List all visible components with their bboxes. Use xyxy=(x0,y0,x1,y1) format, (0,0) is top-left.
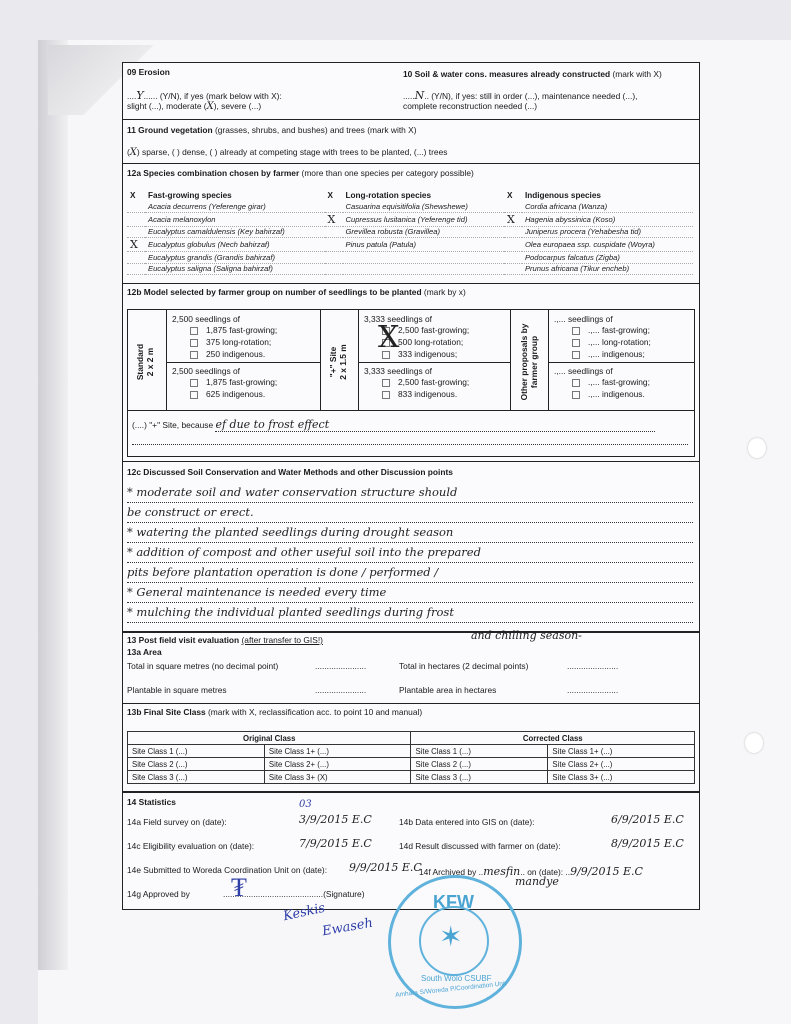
species-column-header: Indigenous species xyxy=(522,190,693,201)
model-title: 12b Model selected by farmer group on nu… xyxy=(127,287,466,297)
divider xyxy=(123,791,699,793)
species-table: XFast-growing speciesXLong-rotation spec… xyxy=(127,190,693,275)
site-class-option[interactable]: Site Class 3+ (...) xyxy=(548,771,695,784)
plantable-sqm-field[interactable]: ...................... xyxy=(315,685,366,695)
discussion-line: * General maintenance is needed every ti… xyxy=(127,583,693,603)
seedling-line: .,... indigenous; xyxy=(588,349,645,359)
standard-option-a[interactable]: 2,500 seedlings of1,875 fast-growing;375… xyxy=(172,314,277,360)
species-name: Prunus africana (Tikur encheb) xyxy=(522,263,693,275)
erosion-line2: slight (...), moderate (X), severe (...) xyxy=(127,101,261,112)
moderate-mark[interactable]: X xyxy=(207,101,214,112)
seedling-line: 1,875 fast-growing; xyxy=(206,325,277,335)
site-class-option[interactable]: Site Class 1 (...) xyxy=(128,745,265,758)
original-class-header: Original Class xyxy=(128,732,411,745)
woreda-submitted-label: 14e Submitted to Woreda Coordination Uni… xyxy=(127,865,327,875)
species-mark-cell[interactable] xyxy=(325,238,343,252)
divider xyxy=(123,163,699,164)
discussion-notes[interactable]: * moderate soil and water conservation s… xyxy=(127,483,693,623)
checkbox[interactable] xyxy=(572,339,580,347)
divider xyxy=(123,283,699,284)
approved-by-label: 14g Approved by xyxy=(127,889,190,899)
plantable-sqm-label: Plantable in square metres xyxy=(127,685,227,695)
species-row: XEucalyptus globulus (Nech bahirzaf)Pinu… xyxy=(127,238,693,252)
species-name xyxy=(343,263,504,275)
page-shadow xyxy=(38,40,68,970)
archived-date[interactable]: 9/9/2015 E.C xyxy=(570,865,643,878)
species-name: Pinus patula (Patula) xyxy=(343,238,504,252)
seedling-line: 833 indigenous. xyxy=(398,389,457,399)
species-name: Cupressus lusitanica (Yeferenge tid) xyxy=(343,212,504,226)
soil-water-title: 10 Soil & water cons. measures already c… xyxy=(403,69,662,79)
site-class-option[interactable]: Site Class 2+ (...) xyxy=(548,758,695,771)
site-class-option[interactable]: Site Class 2+ (...) xyxy=(264,758,411,771)
plus-option-mark: X xyxy=(378,320,399,355)
soil-water-line2: complete reconstruction needed (...) xyxy=(403,101,537,111)
plus-site-label: "+" Site2 x 1.5 m xyxy=(328,327,348,397)
species-mark-cell[interactable] xyxy=(504,252,522,264)
species-name: Casuarina equisitifolia (Shewshewe) xyxy=(343,201,504,212)
species-name: Eucalyptus camaldulensis (Key bahirzaf) xyxy=(145,226,325,238)
checkbox[interactable] xyxy=(190,351,198,359)
checkbox[interactable] xyxy=(382,379,390,387)
site-assessment-form: 09 Erosion ....Y...... (Y/N), if yes (ma… xyxy=(122,62,700,910)
checkbox[interactable] xyxy=(190,379,198,387)
species-x-header: X xyxy=(325,190,343,201)
seedling-line: 250 indigenous. xyxy=(206,349,265,359)
species-name: Olea europaea ssp. cuspidate (Woyra) xyxy=(522,238,693,252)
seedling-line: .,... long-rotation; xyxy=(588,337,651,347)
statistics-title: 14 Statistics xyxy=(127,797,176,807)
species-mark-cell[interactable] xyxy=(504,238,522,252)
species-row: Eucalyptus camaldulensis (Key bahirzaf)G… xyxy=(127,226,693,238)
woreda-submitted-date[interactable]: 9/9/2015 E.C xyxy=(349,861,422,874)
seedling-line: 625 indigenous. xyxy=(206,389,265,399)
punch-hole xyxy=(748,438,766,458)
eligibility-date[interactable]: 7/9/2015 E.C xyxy=(299,837,372,850)
divider xyxy=(123,631,699,633)
discussion-line: * addition of compost and other useful s… xyxy=(127,543,693,563)
species-name: Acacia decurrens (Yeferenge girar) xyxy=(145,201,325,212)
checkbox[interactable] xyxy=(572,379,580,387)
seedling-line: 1,875 fast-growing; xyxy=(206,377,277,387)
species-name: Eucalyptus globulus (Nech bahirzaf) xyxy=(145,238,325,252)
species-mark-cell[interactable]: X xyxy=(325,212,343,226)
plus-option-b[interactable]: 3,333 seedlings of2,500 fast-growing;833… xyxy=(364,366,469,400)
site-class-table: Original Class Corrected Class Site Clas… xyxy=(127,731,695,784)
vegetation-line: (X) sparse, ( ) dense, ( ) already at co… xyxy=(127,147,447,158)
species-mark-cell[interactable] xyxy=(127,212,145,226)
species-name: Grevillea robusta (Gravillea) xyxy=(343,226,504,238)
eligibility-label: 14c Eligibility evaluation on (date): xyxy=(127,841,254,851)
species-name: Cordia africana (Wanza) xyxy=(522,201,693,212)
species-column-header: Fast-growing species xyxy=(145,190,325,201)
seedling-line: 2,500 fast-growing; xyxy=(398,377,469,387)
farmer-discussed-date[interactable]: 8/9/2015 E.C xyxy=(611,837,684,850)
other-option-a[interactable]: .,... seedlings of.,... fast-growing;.,.… xyxy=(554,314,651,360)
erosion-title: 09 Erosion xyxy=(127,67,170,77)
site-class-option[interactable]: Site Class 1+ (...) xyxy=(548,745,695,758)
seedling-line: .,... fast-growing; xyxy=(588,325,650,335)
gis-entry-date[interactable]: 6/9/2015 E.C xyxy=(611,813,684,826)
species-name xyxy=(343,252,504,264)
standard-label: Standard2 x 2 m xyxy=(135,327,155,397)
seedling-line: .,... fast-growing; xyxy=(588,377,650,387)
seedling-line: 2,500 fast-growing; xyxy=(398,325,469,335)
checkbox[interactable] xyxy=(572,327,580,335)
discussion-line: * mulching the individual planted seedli… xyxy=(127,603,693,623)
species-mark-cell[interactable]: X xyxy=(504,212,522,226)
site-class-option[interactable]: Site Class 3 (...) xyxy=(128,771,265,784)
divider xyxy=(123,119,699,120)
species-x-header: X xyxy=(504,190,522,201)
species-name: Eucalyptus grandis (Grandis bahirzaf) xyxy=(145,252,325,264)
species-name: Eucalyptus saligna (Saligna bahirzaf) xyxy=(145,263,325,275)
plantable-ha-label: Plantable area in hectares xyxy=(399,685,496,695)
discussion-line: be construct or erect. xyxy=(127,503,693,523)
reason-field[interactable]: ef due to frost effect xyxy=(215,418,655,432)
total-ha-field[interactable]: ...................... xyxy=(567,661,618,671)
species-mark-cell[interactable] xyxy=(325,263,343,275)
seedling-line: 500 long-rotation; xyxy=(398,337,463,347)
other-proposals-label: Other proposals byfarmer group xyxy=(519,322,539,402)
seedling-line: 375 long-rotation; xyxy=(206,337,271,347)
plus-site-reason: (....) "+" Site, because ef due to frost… xyxy=(132,418,655,432)
species-title: 12a Species combination chosen by farmer… xyxy=(127,168,474,178)
species-name: Juniperus procera (Yehabesha tid) xyxy=(522,226,693,238)
field-survey-label: 14a Field survey on (date): xyxy=(127,817,227,827)
discussion-title: 12c Discussed Soil Conservation and Wate… xyxy=(127,467,453,477)
discussion-line: * moderate soil and water conservation s… xyxy=(127,483,693,503)
total-ha-label: Total in hectares (2 decimal points) xyxy=(399,661,528,671)
species-mark-cell[interactable] xyxy=(325,201,343,212)
species-mark-cell[interactable] xyxy=(127,226,145,238)
site-class-option[interactable]: Site Class 2 (...) xyxy=(128,758,265,771)
species-row: Eucalyptus grandis (Grandis bahirzaf)Pod… xyxy=(127,252,693,264)
site-class-option[interactable]: Site Class 3 (...) xyxy=(411,771,548,784)
species-row: Acacia decurrens (Yeferenge girar)Casuar… xyxy=(127,201,693,212)
species-mark-cell[interactable] xyxy=(325,226,343,238)
seedling-total: .,... seedlings of xyxy=(554,314,651,324)
species-mark-cell[interactable] xyxy=(127,201,145,212)
site-class-option[interactable]: Site Class 1+ (...) xyxy=(264,745,411,758)
site-class-row: Site Class 1 (...)Site Class 1+ (...)Sit… xyxy=(128,745,695,758)
farmer-discussed-label: 14d Result discussed with farmer on (dat… xyxy=(399,841,561,851)
species-row: Acacia melanoxylonXCupressus lusitanica … xyxy=(127,212,693,226)
checkbox[interactable] xyxy=(572,351,580,359)
checkbox[interactable] xyxy=(190,339,198,347)
seedling-line: .,... indigenous. xyxy=(588,389,645,399)
total-sqm-label: Total in square metres (no decimal point… xyxy=(127,661,278,671)
species-mark-cell[interactable] xyxy=(504,263,522,275)
discussion-overflow: and chilling season- xyxy=(471,629,582,642)
species-name: Acacia melanoxylon xyxy=(145,212,325,226)
sparse-mark[interactable]: X xyxy=(130,147,137,158)
site-class-option[interactable]: Site Class 3+ (X) xyxy=(264,771,411,784)
area-title: 13a Area xyxy=(127,647,162,657)
species-column-header: Long-rotation species xyxy=(343,190,504,201)
species-mark-cell[interactable]: X xyxy=(127,238,145,252)
species-mark-cell[interactable] xyxy=(325,252,343,264)
species-mark-cell[interactable] xyxy=(504,201,522,212)
other-option-b[interactable]: .,... seedlings of.,... fast-growing;.,.… xyxy=(554,366,650,400)
standard-option-b[interactable]: 2,500 seedlings of1,875 fast-growing;625… xyxy=(172,366,277,400)
site-class-row: Site Class 2 (...)Site Class 2+ (...)Sit… xyxy=(128,758,695,771)
site-class-row: Site Class 3 (...)Site Class 3+ (X)Site … xyxy=(128,771,695,784)
site-class-title: 13b Final Site Class (mark with X, recla… xyxy=(127,707,422,717)
seedling-total: .,... seedlings of xyxy=(554,366,650,376)
post-eval-title: 13 Post field visit evaluation (after tr… xyxy=(127,635,323,645)
corrected-class-header: Corrected Class xyxy=(411,732,695,745)
stamp-line1: South Wolo CSUBF xyxy=(421,974,492,983)
field-survey-date[interactable]: 3/9/2015 E.C xyxy=(299,813,372,826)
total-sqm-field[interactable]: ...................... xyxy=(315,661,366,671)
checkbox[interactable] xyxy=(572,391,580,399)
site-class-option[interactable]: Site Class 2 (...) xyxy=(411,758,548,771)
plantable-ha-field[interactable]: ...................... xyxy=(567,685,618,695)
species-mark-cell[interactable] xyxy=(504,226,522,238)
species-name: Hagenia abyssinica (Koso) xyxy=(522,212,693,226)
species-mark-cell[interactable] xyxy=(127,252,145,264)
species-row: Eucalyptus saligna (Saligna bahirzaf)Pru… xyxy=(127,263,693,275)
stamp-star-icon: ✶ xyxy=(419,906,489,976)
official-stamp: KFW ✶ South Wolo CSUBF Amhara S/Woreda P… xyxy=(388,875,522,1009)
checkbox[interactable] xyxy=(190,327,198,335)
divider xyxy=(123,703,699,704)
species-name: Podocarpus falcatus (Zigba) xyxy=(522,252,693,264)
seedling-total: 2,500 seedlings of xyxy=(172,314,277,324)
site-class-option[interactable]: Site Class 1 (...) xyxy=(411,745,548,758)
signature-mark: ₮ xyxy=(231,873,247,903)
checkbox[interactable] xyxy=(382,391,390,399)
gis-entry-label: 14b Data entered into GIS on (date): xyxy=(399,817,534,827)
seedling-line: 333 indigenous; xyxy=(398,349,457,359)
seedling-total: 2,500 seedlings of xyxy=(172,366,277,376)
discussion-line: pits before plantation operation is done… xyxy=(127,563,693,583)
divider xyxy=(123,461,699,462)
discussion-line: * watering the planted seedlings during … xyxy=(127,523,693,543)
checkbox[interactable] xyxy=(190,391,198,399)
seedling-model-grid: Standard2 x 2 m "+" Site2 x 1.5 m Other … xyxy=(127,309,695,457)
species-mark-cell[interactable] xyxy=(127,263,145,275)
species-x-header: X xyxy=(127,190,145,201)
field-survey-note: 03 xyxy=(299,799,312,810)
punch-hole xyxy=(745,733,763,753)
vegetation-title: 11 Ground vegetation (grasses, shrubs, a… xyxy=(127,125,417,135)
archived-by-name2: mandye xyxy=(515,875,559,888)
seedling-total: 3,333 seedlings of xyxy=(364,366,469,376)
